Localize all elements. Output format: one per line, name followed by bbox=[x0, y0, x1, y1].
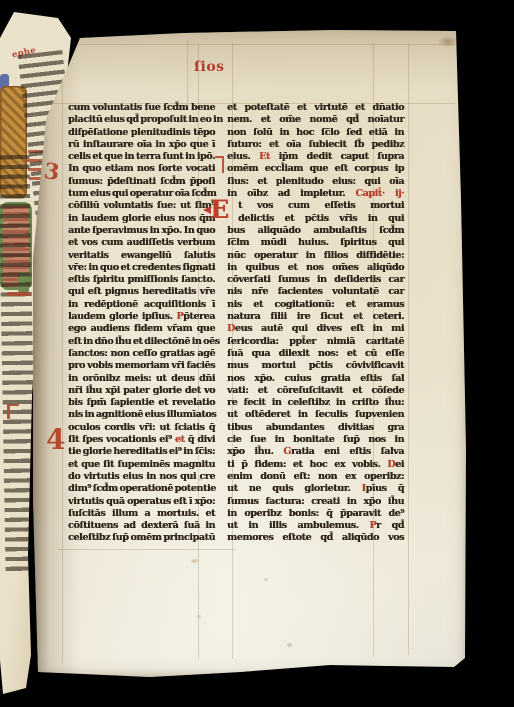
text-line: eius. Et ip̄m dedit caput ſupra bbox=[227, 151, 404, 163]
text-line: xp̄o ih̄u. Gratia eni eſtis ſalva bbox=[227, 446, 404, 458]
text-line: nis nr̄e facientes voluntatē car bbox=[227, 286, 404, 298]
text-segment: placitū eius qd̄ propoſuit in eo in bbox=[68, 114, 223, 125]
text-segment: ratia eni eſtis ſalva bbox=[291, 446, 404, 457]
text-segment: tibus abundantes divitias gra bbox=[227, 422, 404, 433]
text-segment: cie ſue in bonitate ſup̄ nos in bbox=[227, 434, 404, 445]
text-line: nis et cogitationū: et eramus bbox=[227, 299, 404, 311]
text-line: futuro: et oīa ſubiecit ſb̄ pedibz bbox=[227, 139, 404, 151]
text-segment: in redēptionē acquiſitionis ī bbox=[68, 299, 215, 310]
text-segment: ſuſcitās illum a mortuis. et bbox=[68, 508, 215, 519]
text-segment: ante ſperavimus in xp̄o. In quo bbox=[68, 225, 215, 236]
ruling-line bbox=[187, 41, 188, 105]
text-line: t vos cum eſſetis mortui bbox=[227, 200, 404, 212]
text-segment: in oībz ad impletur. bbox=[227, 188, 355, 199]
text-segment: ei bbox=[395, 459, 404, 470]
text-line: placitū eius qd̄ propoſuit in eo in bbox=[68, 114, 215, 126]
text-line: tum eius qui operatur oīa ſcd̄m bbox=[68, 188, 215, 200]
text-segment: diſpēſatione plenitudinis tēpo bbox=[68, 127, 215, 138]
text-segment: ſit ſpes vocationis ei⁹ bbox=[68, 434, 175, 445]
text-line: in laudem glorie eius nos q̄m bbox=[68, 213, 215, 225]
text-line: pro vobis memoriam vr̄i faciēs bbox=[68, 360, 215, 372]
text-segment: ut oſtēderet in ſeculis ſupvenien bbox=[227, 409, 404, 420]
text-line: re fecit in celeſtibz in criſto ih̄u: bbox=[227, 397, 404, 409]
text-segment: vr̄e: in quo et credentes ſignati bbox=[68, 262, 215, 273]
drop-initial-E: E bbox=[210, 197, 234, 223]
text-segment: non ſolū in hoc ſc̄lo ſed etiā in bbox=[227, 127, 404, 138]
text-line: ut ne quis glorietur. Ipīus q̄ bbox=[227, 483, 404, 495]
text-segment: t vos cum eſſetis mortui bbox=[238, 200, 404, 211]
stain bbox=[197, 477, 203, 482]
text-line: et vos cum audiſſetis verbum bbox=[68, 237, 215, 249]
text-line: dim⁹ ſcd̄m operationē potentie bbox=[68, 483, 215, 495]
text-line: ut oſtēderet in ſeculis ſupvenien bbox=[227, 409, 404, 421]
text-line: tie glorie hereditatis ei⁹ in ſc̄is: bbox=[68, 446, 215, 458]
text-segment: ſius: et plenitudo eius: qui oīa bbox=[227, 176, 404, 187]
stain bbox=[263, 577, 269, 582]
text-segment: ut in illis ambulemus. bbox=[227, 520, 369, 531]
text-segment: D bbox=[387, 459, 395, 470]
text-line: vati: et cōreſuſcitavit et cōſede bbox=[227, 385, 404, 397]
text-segment: cōſtituens ad dexterā ſuā in bbox=[68, 520, 215, 531]
stain bbox=[196, 614, 202, 619]
manuscript-page: ſios 3 4 cum voluntatis ſue ſcd̄m benepl… bbox=[33, 29, 468, 678]
text-line: rū inſtaurare oīa in xp̄o que ī bbox=[68, 139, 215, 151]
text-line: cōſiliū voluntatis ſue: ut ſim⁹ bbox=[68, 200, 215, 212]
text-segment: nr̄i ih̄u xp̄i pater glorie det vo bbox=[68, 385, 215, 396]
text-segment: natura filii ire ſicut et ceteri. bbox=[227, 311, 404, 322]
text-line: nr̄i ih̄u xp̄i pater glorie det vo bbox=[68, 385, 215, 397]
text-segment: xp̄o ih̄u. bbox=[227, 446, 283, 457]
text-segment: Et bbox=[259, 151, 270, 162]
text-segment: ſericordia: ppt̄er nimiā caritatē bbox=[227, 336, 404, 347]
text-segment: mus mortui pc̄tis cōvivificavit bbox=[227, 360, 404, 371]
text-segment: ti p̄ fidem: et hoc ex vobis. bbox=[227, 459, 387, 470]
text-segment: eus autē qui dives eſt in mi bbox=[235, 323, 404, 334]
text-line: nos xp̄o. cuius gratia eſtis ſal bbox=[227, 373, 404, 385]
text-line: do virtutis eius in nos qui cre bbox=[68, 471, 215, 483]
text-segment: re fecit in celeſtibz in criſto ih̄u: bbox=[227, 397, 404, 408]
text-segment: r qd̄ bbox=[376, 520, 404, 531]
text-segment: D bbox=[227, 323, 235, 334]
text-segment: cōſiliū voluntatis ſue: ut ſim⁹ bbox=[68, 200, 215, 211]
corner-foxing-stain bbox=[438, 36, 458, 47]
text-segment: virtutis quā operatus eſt ī xp̄o: bbox=[68, 496, 215, 507]
text-segment: delictis et pc̄tis vr̄is in qui bbox=[238, 213, 404, 224]
text-line: vr̄e: in quo et credentes ſignati bbox=[68, 262, 215, 274]
text-line: in orōnibz meis: ut deus dn̄i bbox=[68, 373, 215, 385]
text-segment: et poteſtatē et virtutē et dn̄atio bbox=[227, 102, 404, 113]
text-segment: tum eius qui operatur oīa ſcd̄m bbox=[68, 188, 216, 199]
text-segment: enim donū eſt: non ex operibz: bbox=[227, 471, 404, 482]
text-line: ſanctos: non ceſſo gratias agē bbox=[68, 348, 215, 360]
text-line: non ſolū in hoc ſc̄lo ſed etiā in bbox=[227, 127, 404, 139]
text-segment: ſc̄lm mūdi huius. ſpiritus qui bbox=[227, 237, 404, 248]
text-segment: eſtis ſpiritu pmiſſionis ſancto. bbox=[68, 274, 215, 285]
text-line: nis in agnitionē eius illumīatos bbox=[68, 409, 215, 421]
text-line: bus aliquādo ambulaſtis ſcd̄m bbox=[227, 225, 404, 237]
text-line: veritatis ewangeliū ſalutis bbox=[68, 250, 215, 262]
text-line: bis ſpm̄ ſapientie et revelatio bbox=[68, 397, 215, 409]
text-line: ut in illis ambulemus. Pr qd̄ bbox=[227, 520, 404, 532]
text-line: delictis et pc̄tis vr̄is in qui bbox=[227, 213, 404, 225]
chapter-numeral-4: 4 bbox=[46, 423, 65, 456]
text-segment: bus aliquādo ambulaſtis ſcd̄m bbox=[227, 225, 404, 236]
text-line: ſius: et plenitudo eius: qui oīa bbox=[227, 176, 404, 188]
text-line: laudem glorie ipſius. Pp̄terea bbox=[68, 311, 215, 323]
text-segment: G bbox=[283, 446, 291, 457]
text-segment: dim⁹ ſcd̄m operationē potentie bbox=[68, 483, 216, 494]
text-segment: cum voluntatis ſue ſcd̄m bene bbox=[68, 102, 215, 113]
text-segment: omēm eccl̄iam que eſt corpus ip bbox=[227, 163, 404, 174]
text-segment: laudem glorie ipſius. bbox=[68, 311, 176, 322]
text-segment: eius. bbox=[227, 151, 259, 162]
red-paraph-mark bbox=[7, 404, 19, 419]
text-segment: ſumus: p̄deſtinati ſcd̄m p̄poſi bbox=[68, 176, 215, 187]
text-line: oculos cordis vr̄i: ut ſciatis q̄ bbox=[68, 422, 215, 434]
text-segment: ego audiens fidem vr̄am que bbox=[68, 323, 215, 334]
text-segment: ſanctos: non ceſſo gratias agē bbox=[68, 348, 215, 359]
text-line: celeſtibz ſup̄ omēm principatū bbox=[68, 532, 215, 544]
text-line: cum voluntatis ſue ſcd̄m bene bbox=[68, 102, 215, 114]
text-line: ſit ſpes vocationis ei⁹ et q̄ divi bbox=[68, 434, 215, 446]
chapter-numeral-3: 3 bbox=[42, 158, 61, 186]
text-segment: in quibus et nos om̄es aliqūdo bbox=[227, 262, 404, 273]
text-line: eſtis ſpiritu pmiſſionis ſancto. bbox=[68, 274, 215, 286]
text-line: diſpēſatione plenitudinis tēpo bbox=[68, 127, 215, 139]
text-line: et que ſit ſupeminēs magnitu bbox=[68, 459, 215, 471]
text-segment: vati: et cōreſuſcitavit et cōſede bbox=[227, 385, 404, 396]
text-segment: in laudem glorie eius nos q̄m bbox=[68, 213, 215, 224]
text-segment: memores eſtote qd̄ aliqūdo vos bbox=[227, 532, 404, 543]
text-segment: In quo etiam nos ſorte vocati bbox=[68, 163, 215, 174]
manuscript-photo: ephe ſios 3 4 cum voluntatis ſue ſcd̄m b… bbox=[0, 0, 514, 707]
text-segment: in operibz bonis: q̄ p̄paravit de⁹ bbox=[227, 508, 404, 519]
text-column-left: cum voluntatis ſue ſcd̄m beneplacitū eiu… bbox=[68, 102, 215, 545]
text-line: cōverſati ſumus in deſideriis car bbox=[227, 274, 404, 286]
ruling-line bbox=[58, 549, 236, 550]
text-segment: in orōnibz meis: ut deus dn̄i bbox=[68, 373, 215, 384]
text-line: virtutis quā operatus eſt ī xp̄o: bbox=[68, 496, 215, 508]
ruling-line bbox=[62, 43, 63, 663]
text-line: et poteſtatē et virtutē et dn̄atio bbox=[227, 102, 404, 114]
text-segment: cōverſati ſumus in deſideriis car bbox=[227, 274, 404, 285]
text-segment: bis ſpm̄ ſapientie et revelatio bbox=[68, 397, 215, 408]
rubric-line bbox=[7, 292, 30, 296]
ruling-line bbox=[408, 43, 409, 655]
text-segment: rū inſtaurare oīa in xp̄o que ī bbox=[68, 139, 215, 150]
text-line: celis et que in terra ſunt in ipō. bbox=[68, 151, 215, 163]
text-segment: ip̄m dedit caput ſupra bbox=[270, 151, 404, 162]
text-segment: nis nr̄e facientes voluntatē car bbox=[227, 286, 404, 297]
text-line: nūc operatur in filios diffidētie: bbox=[227, 250, 404, 262]
text-segment: oculos cordis vr̄i: ut ſciatis q̄ bbox=[68, 422, 215, 433]
text-segment: celis et que in terra ſunt in ipō. bbox=[68, 151, 215, 162]
text-segment: eſt in dn̄o ih̄u et dilectōnē in oēs bbox=[68, 336, 220, 347]
text-line: in quibus et nos om̄es aliqūdo bbox=[227, 262, 404, 274]
text-line: tibus abundantes divitias gra bbox=[227, 422, 404, 434]
text-segment: et vos cum audiſſetis verbum bbox=[68, 237, 215, 248]
text-line: ſuā qua dilexit nos: et cū eſſe bbox=[227, 348, 404, 360]
text-segment: q̄ divi bbox=[185, 434, 215, 445]
text-line: in oībz ad impletur. Capit̄· ij· bbox=[227, 188, 404, 200]
text-segment: p̄terea bbox=[183, 311, 215, 322]
text-segment: nem. et om̄e nomē qd̄ noīatur bbox=[227, 114, 404, 125]
text-line: ego audiens fidem vr̄am que bbox=[68, 323, 215, 335]
text-segment: celeſtibz ſup̄ omēm principatū bbox=[68, 532, 215, 543]
text-segment: veritatis ewangeliū ſalutis bbox=[68, 250, 215, 261]
text-line: omēm eccl̄iam que eſt corpus ip bbox=[227, 163, 404, 175]
text-column-right: E et poteſtatē et virtutē et dn̄ationem.… bbox=[227, 102, 404, 545]
text-segment: et bbox=[175, 434, 185, 445]
text-line: enim donū eſt: non ex operibz: bbox=[227, 471, 404, 483]
red-paraph-mark bbox=[215, 156, 224, 173]
running-title: ſios bbox=[194, 59, 225, 75]
text-segment: ut ne quis glorietur. bbox=[227, 483, 362, 494]
text-segment: ſumus factura: creati in xp̄o ih̄u bbox=[227, 496, 404, 507]
text-line: mus mortui pc̄tis cōvivificavit bbox=[227, 360, 404, 372]
text-line: In quo etiam nos ſorte vocati bbox=[68, 163, 215, 175]
text-line: ſumus factura: creati in xp̄o ih̄u bbox=[227, 496, 404, 508]
text-line: ſericordia: ppt̄er nimiā caritatē bbox=[227, 336, 404, 348]
text-line: natura filii ire ſicut et ceteri. bbox=[227, 311, 404, 323]
text-line: ſuſcitās illum a mortuis. et bbox=[68, 508, 215, 520]
text-line: nem. et om̄e nomē qd̄ noīatur bbox=[227, 114, 404, 126]
text-segment: do virtutis eius in nos qui cre bbox=[68, 471, 215, 482]
text-segment: qui eſt pignus hereditatis vr̄e bbox=[68, 286, 215, 297]
text-segment: tie glorie hereditatis ei⁹ in ſc̄is: bbox=[68, 446, 215, 457]
ruling-line bbox=[43, 44, 455, 45]
text-line: ſc̄lm mūdi huius. ſpiritus qui bbox=[227, 237, 404, 249]
text-segment: nis et cogitationū: et eramus bbox=[227, 299, 404, 310]
text-line: ante ſperavimus in xp̄o. In quo bbox=[68, 225, 215, 237]
text-segment: futuro: et oīa ſubiecit ſb̄ pedibz bbox=[227, 139, 404, 150]
stain bbox=[286, 642, 293, 648]
text-segment: pro vobis memoriam vr̄i faciēs bbox=[68, 360, 215, 371]
text-segment: pīus q̄ bbox=[366, 483, 404, 494]
text-line: ſumus: p̄deſtinati ſcd̄m p̄poſi bbox=[68, 176, 215, 188]
text-line: cie ſue in bonitate ſup̄ nos in bbox=[227, 434, 404, 446]
text-segment: et que ſit ſupeminēs magnitu bbox=[68, 459, 215, 470]
text-line: ti p̄ fidem: et hoc ex vobis. Dei bbox=[227, 459, 404, 471]
text-line: qui eſt pignus hereditatis vr̄e bbox=[68, 286, 215, 298]
text-segment: nūc operatur in filios diffidētie: bbox=[227, 250, 404, 261]
text-line: eſt in dn̄o ih̄u et dilectōnē in oēs bbox=[68, 336, 215, 348]
text-line: Deus autē qui dives eſt in mi bbox=[227, 323, 404, 335]
text-segment: ſuā qua dilexit nos: et cū eſſe bbox=[227, 348, 404, 359]
text-line: in operibz bonis: q̄ p̄paravit de⁹ bbox=[227, 508, 404, 520]
text-segment: nis in agnitionē eius illumīatos bbox=[68, 409, 216, 420]
text-segment: Capit̄· ij· bbox=[355, 188, 404, 199]
text-line: cōſtituens ad dexterā ſuā in bbox=[68, 520, 215, 532]
stain bbox=[190, 558, 199, 564]
text-line: memores eſtote qd̄ aliqūdo vos bbox=[227, 532, 404, 544]
text-line: in redēptionē acquiſitionis ī bbox=[68, 299, 215, 311]
text-segment: nos xp̄o. cuius gratia eſtis ſal bbox=[227, 373, 404, 384]
